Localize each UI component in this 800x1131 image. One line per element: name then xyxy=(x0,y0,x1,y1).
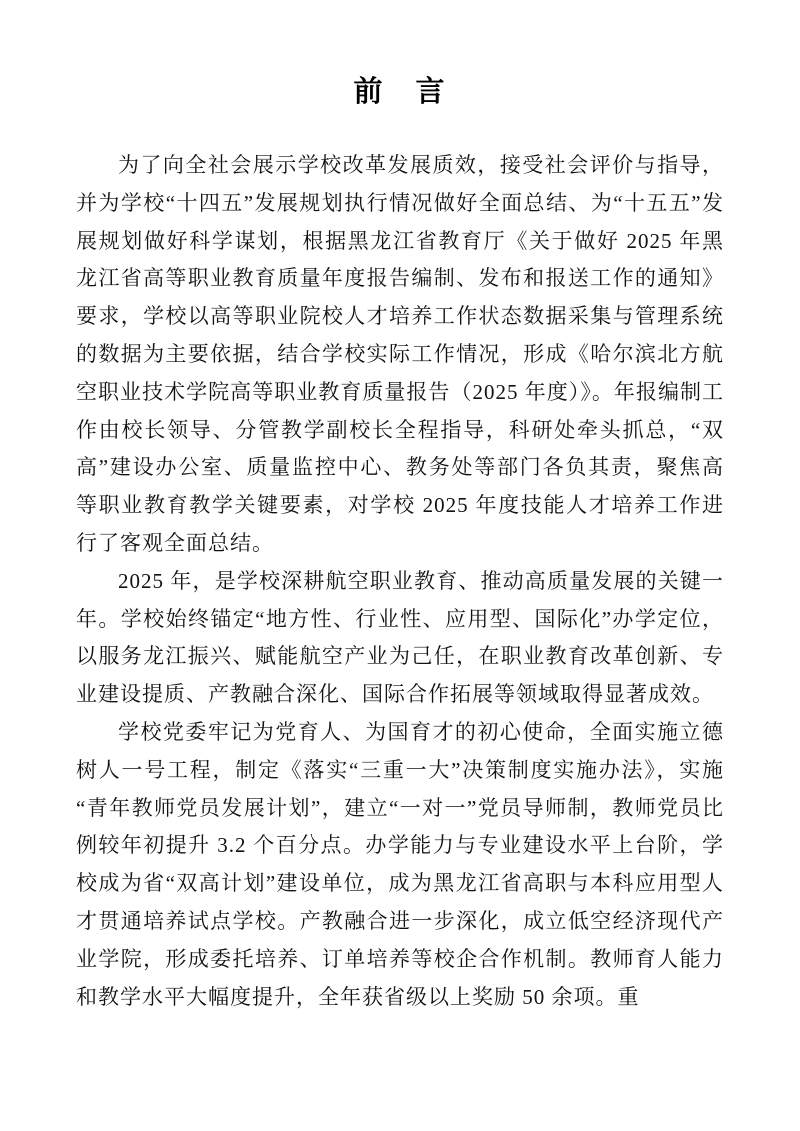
page-title: 前 言 xyxy=(0,0,800,147)
document-body: 为了向全社会展示学校改革发展质效，接受社会评价与指导，并为学校“十四五”发展规划… xyxy=(76,147,724,1016)
document-page: 前 言 为了向全社会展示学校改革发展质效，接受社会评价与指导，并为学校“十四五”… xyxy=(0,0,800,1131)
paragraph-year-overview: 2025 年，是学校深耕航空职业教育、推动高质量发展的关键一年。学校始终锚定“地… xyxy=(76,563,724,714)
paragraph-party-achievements: 学校党委牢记为党育人、为国育才的初心使命，全面实施立德树人一号工程，制定《落实“… xyxy=(76,714,724,1016)
paragraph-intro: 为了向全社会展示学校改革发展质效，接受社会评价与指导，并为学校“十四五”发展规划… xyxy=(76,147,724,563)
